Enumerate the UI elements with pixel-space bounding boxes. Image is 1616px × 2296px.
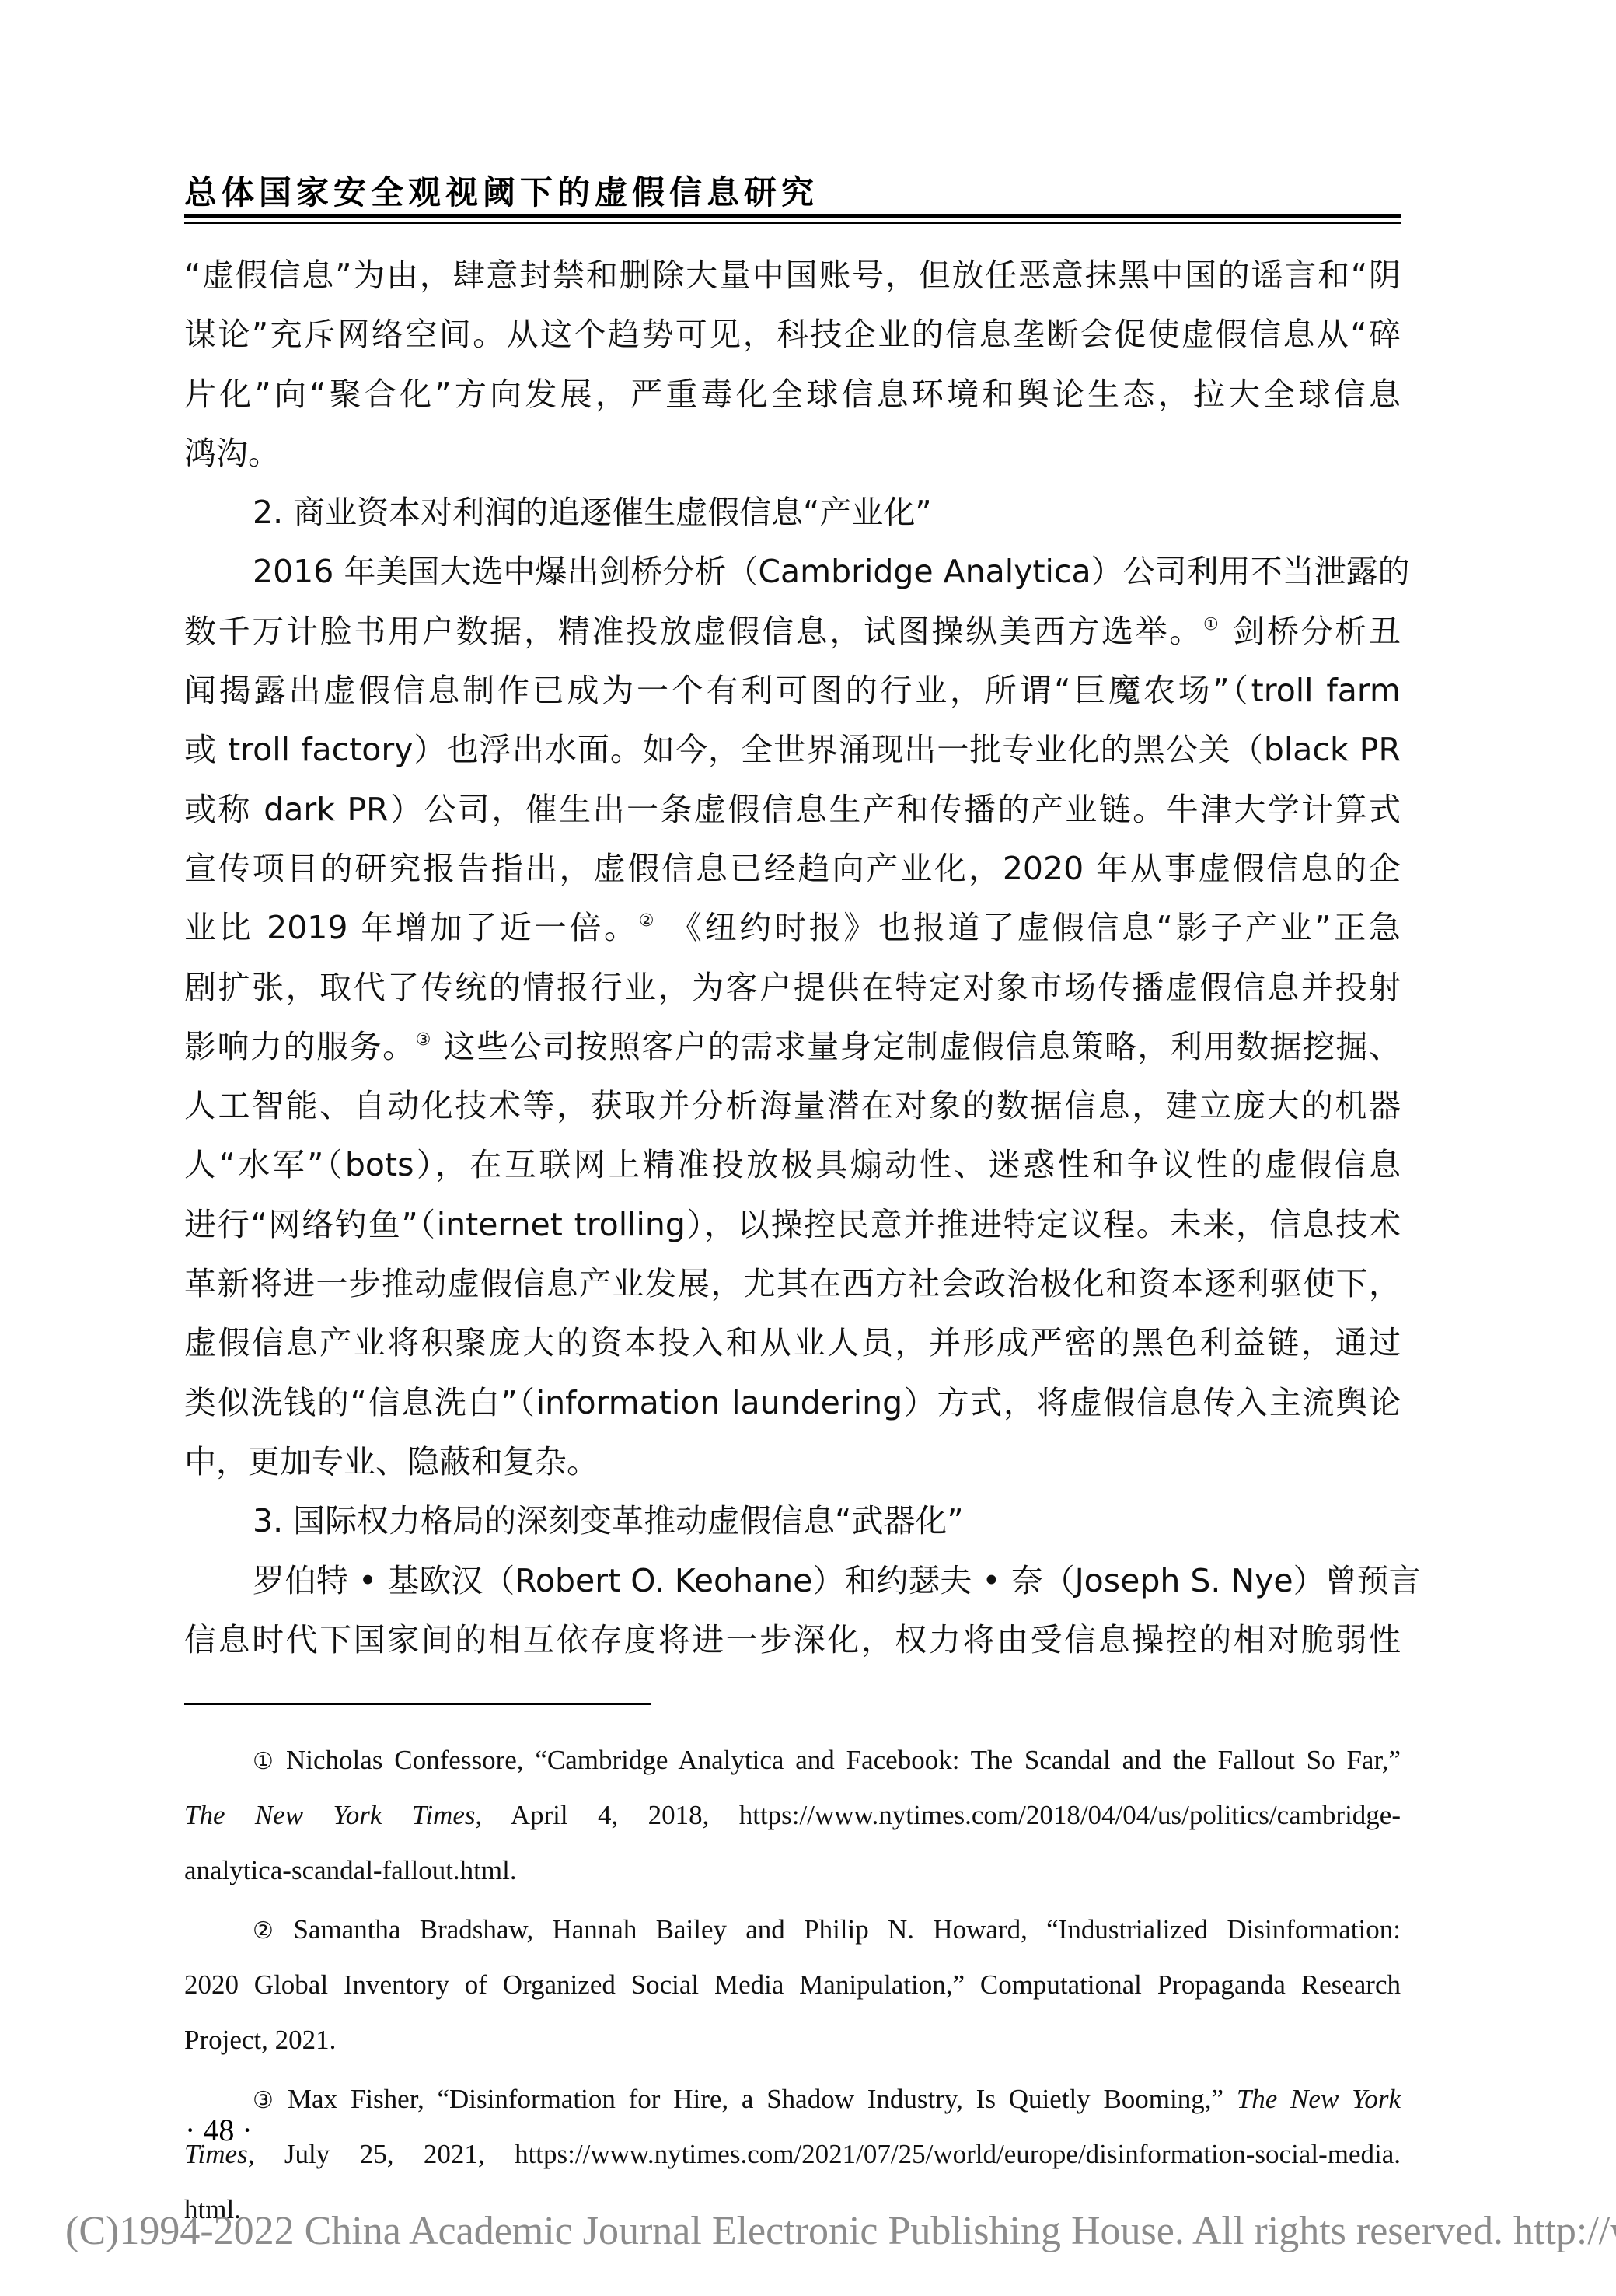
footnote-separator (184, 1703, 651, 1705)
body-line: 或称 dark PR）公司，催生出一条虚假信息生产和传播的产业链。牛津大学计算式 (184, 780, 1401, 839)
body-line: 进行“网络钓鱼”（internet trolling），以操控民意并推进特定议程… (184, 1195, 1401, 1254)
header-rule-thick (184, 214, 1401, 218)
line-text: “虚假信息”为由，肆意封禁和删除大量中国账号，但放任恶意抹黑中国的谣言和“阴 (184, 257, 1401, 294)
line-text: 2016 年美国大选中爆出剑桥分析（Cambridge Analytica）公司… (253, 553, 1410, 590)
footnote-line: Times, July 25, 2021, https://www.nytime… (184, 2127, 1401, 2182)
footnote-line: ②Samantha Bradshaw, Hannah Bailey and Ph… (184, 1902, 1401, 1957)
body-line: 信息时代下国家间的相互依存度将进一步深化，权力将由受信息操控的相对脆弱性 (184, 1610, 1401, 1669)
line-text: 业比 2019 年增加了近一倍。 (184, 909, 639, 946)
body-line: 罗伯特 • 基欧汉（Robert O. Keohane）和约瑟夫 • 奈（Jos… (184, 1551, 1401, 1610)
page-number: · 48 · (185, 2112, 253, 2149)
footnote-number-icon: ① (253, 1748, 278, 1775)
footnote-reference[interactable]: ③ (416, 1030, 432, 1050)
line-text: 罗伯特 • 基欧汉（Robert O. Keohane）和约瑟夫 • 奈（Jos… (253, 1562, 1421, 1599)
footnote-line: Project, 2021. (184, 2012, 1401, 2067)
footnote-line: ①Nicholas Confessore, “Cambridge Analyti… (184, 1732, 1401, 1788)
line-text: 闻揭露出虚假信息制作已成为一个有利可图的行业，所谓“巨魔农场”（troll fa… (184, 672, 1401, 709)
line-text: 或称 dark PR）公司，催生出一条虚假信息生产和传播的产业链。牛津大学计算式 (184, 791, 1401, 828)
footnote-text: , July 25, 2021, https://www.nytimes.com… (248, 2139, 1401, 2169)
body-line: 谋论”充斥网络空间。从这个趋势可见，科技企业的信息垄断会促使虚假信息从“碎 (184, 305, 1401, 364)
line-text: 数千万计脸书用户数据，精准投放虚假信息，试图操纵美西方选举。 (184, 613, 1203, 650)
line-text: 谋论”充斥网络空间。从这个趋势可见，科技企业的信息垄断会促使虚假信息从“碎 (184, 316, 1401, 353)
section-heading: 2. 商业资本对利润的追逐催生虚假信息“产业化” (184, 483, 1401, 542)
publication-title: The New York Times (184, 1800, 475, 1830)
body-line: 鸿沟。 (184, 424, 1401, 483)
header-rule-thin (184, 222, 1401, 224)
line-text: 虚假信息产业将积聚庞大的资本投入和从业人员，并形成严密的黑色利益链，通过 (184, 1324, 1401, 1361)
body-line: 影响力的服务。③ 这些公司按照客户的需求量身定制虚假信息策略，利用数据挖掘、 (184, 1017, 1401, 1076)
section-heading: 3. 国际权力格局的深刻变革推动虚假信息“武器化” (184, 1491, 1401, 1550)
line-text-continued: 《纽约时报》也报道了虚假信息“影子产业”正急 (657, 909, 1401, 946)
body-line: 虚假信息产业将积聚庞大的资本投入和从业人员，并形成严密的黑色利益链，通过 (184, 1313, 1401, 1372)
body-text: “虚假信息”为由，肆意封禁和删除大量中国账号，但放任恶意抹黑中国的谣言和“阴谋论… (184, 246, 1401, 1669)
footnotes: ①Nicholas Confessore, “Cambridge Analyti… (184, 1732, 1401, 2237)
line-text-continued: 这些公司按照客户的需求量身定制虚假信息策略，利用数据挖掘、 (432, 1028, 1401, 1065)
copyright-notice: (C)1994-2022 China Academic Journal Elec… (65, 2207, 1616, 2256)
footnote-text: Nicholas Confessore, “Cambridge Analytic… (286, 1745, 1401, 1775)
body-line: 闻揭露出虚假信息制作已成为一个有利可图的行业，所谓“巨魔农场”（troll fa… (184, 661, 1401, 720)
line-text: 类似洗钱的“信息洗白”（information laundering）方式，将虚… (184, 1384, 1401, 1421)
line-text: 人“水军”（bots），在互联网上精准投放极具煽动性、迷惑性和争议性的虚假信息 (184, 1146, 1401, 1183)
footnote-reference[interactable]: ① (1203, 615, 1220, 634)
line-text: 片化”向“聚合化”方向发展，严重毒化全球信息环境和舆论生态，拉大全球信息 (184, 376, 1401, 413)
footnote-text: 2020 Global Inventory of Organized Socia… (184, 1969, 1401, 2000)
body-line: 或 troll factory）也浮出水面。如今，全世界涌现出一批专业化的黑公关… (184, 720, 1401, 779)
footnote-text: , April 4, 2018, https://www.nytimes.com… (475, 1800, 1401, 1830)
footnote-text: analytica-scandal-fallout.html. (184, 1855, 517, 1885)
line-text: 剧扩张，取代了传统的情报行业，为客户提供在特定对象市场传播虚假信息并投射 (184, 969, 1401, 1006)
line-text: 或 troll factory）也浮出水面。如今，全世界涌现出一批专业化的黑公关… (184, 731, 1401, 768)
body-line: 业比 2019 年增加了近一倍。② 《纽约时报》也报道了虚假信息“影子产业”正急 (184, 898, 1401, 957)
body-line: 人“水军”（bots），在互联网上精准投放极具煽动性、迷惑性和争议性的虚假信息 (184, 1135, 1401, 1194)
line-text: 人工智能、自动化技术等，获取并分析海量潜在对象的数据信息，建立庞大的机器 (184, 1087, 1401, 1124)
footnote-text: Max Fisher, “Disinformation for Hire, a … (288, 2084, 1237, 2114)
document-page: 总体国家安全观视阈下的虚假信息研究 “虚假信息”为由，肆意封禁和删除大量中国账号… (0, 0, 1616, 2296)
body-line: “虚假信息”为由，肆意封禁和删除大量中国账号，但放任恶意抹黑中国的谣言和“阴 (184, 246, 1401, 305)
line-text: 宣传项目的研究报告指出，虚假信息已经趋向产业化，2020 年从事虚假信息的企 (184, 850, 1401, 887)
body-line: 类似洗钱的“信息洗白”（information laundering）方式，将虚… (184, 1373, 1401, 1432)
footnote-line: ③Max Fisher, “Disinformation for Hire, a… (184, 2071, 1401, 2127)
body-line: 2016 年美国大选中爆出剑桥分析（Cambridge Analytica）公司… (184, 542, 1401, 601)
line-text: 3. 国际权力格局的深刻变革推动虚假信息“武器化” (253, 1502, 964, 1539)
body-line: 人工智能、自动化技术等，获取并分析海量潜在对象的数据信息，建立庞大的机器 (184, 1076, 1401, 1135)
publication-title: The New York (1237, 2084, 1401, 2114)
line-text: 革新将进一步推动虚假信息产业发展，尤其在西方社会政治极化和资本逐利驱使下， (184, 1265, 1401, 1302)
footnote-line: The New York Times, April 4, 2018, https… (184, 1788, 1401, 1843)
body-line: 革新将进一步推动虚假信息产业发展，尤其在西方社会政治极化和资本逐利驱使下， (184, 1254, 1401, 1313)
footnote-reference[interactable]: ② (639, 911, 657, 931)
footnote-number-icon: ③ (253, 2087, 280, 2114)
body-line: 宣传项目的研究报告指出，虚假信息已经趋向产业化，2020 年从事虚假信息的企 (184, 839, 1401, 898)
body-line: 剧扩张，取代了传统的情报行业，为客户提供在特定对象市场传播虚假信息并投射 (184, 958, 1401, 1017)
footnote-text: Samantha Bradshaw, Hannah Bailey and Phi… (293, 1914, 1401, 1945)
line-text: 鸿沟。 (184, 435, 280, 472)
footnote-number-icon: ② (253, 1917, 285, 1945)
body-line: 片化”向“聚合化”方向发展，严重毒化全球信息环境和舆论生态，拉大全球信息 (184, 365, 1401, 424)
line-text: 影响力的服务。 (184, 1028, 416, 1065)
line-text-continued: 剑桥分析丑 (1220, 613, 1401, 650)
line-text: 进行“网络钓鱼”（internet trolling），以操控民意并推进特定议程… (184, 1206, 1401, 1243)
footnote-line: 2020 Global Inventory of Organized Socia… (184, 1957, 1401, 2012)
footnote-line: analytica-scandal-fallout.html. (184, 1843, 1401, 1898)
line-text: 中，更加专业、隐蔽和复杂。 (184, 1443, 599, 1480)
line-text: 信息时代下国家间的相互依存度将进一步深化，权力将由受信息操控的相对脆弱性 (184, 1621, 1401, 1658)
body-line: 数千万计脸书用户数据，精准投放虚假信息，试图操纵美西方选举。① 剑桥分析丑 (184, 602, 1401, 661)
body-line: 中，更加专业、隐蔽和复杂。 (184, 1432, 1401, 1491)
footnote-text: Project, 2021. (184, 2025, 336, 2055)
running-header-title: 总体国家安全观视阈下的虚假信息研究 (184, 173, 1401, 213)
line-text: 2. 商业资本对利润的追逐催生虚假信息“产业化” (253, 494, 932, 531)
